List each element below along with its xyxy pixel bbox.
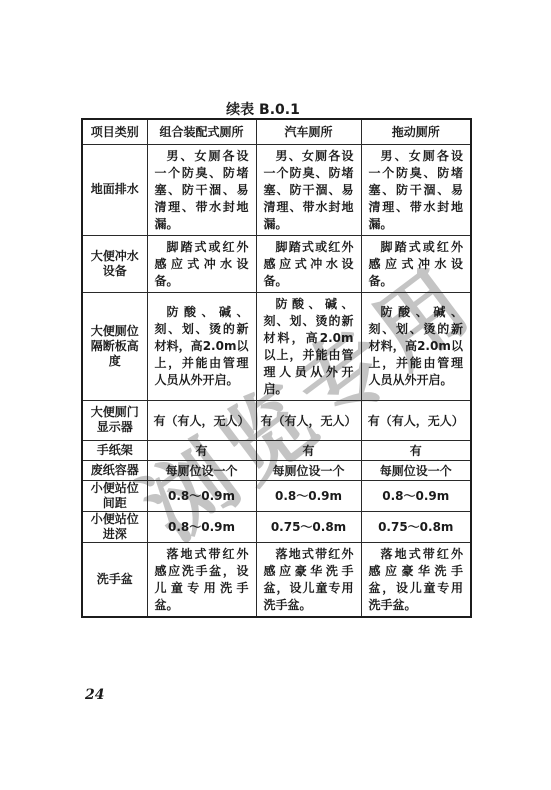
table-row: 手纸架 有 有 有 bbox=[82, 440, 471, 460]
table-cell: 每厕位设一个 bbox=[361, 460, 471, 480]
table-cell: 每厕位设一个 bbox=[256, 460, 361, 480]
table-cell: 落地式带红外感应豪华洗手盆，设儿童专用洗手盆。 bbox=[256, 542, 361, 617]
table-row: 小便站位间距 0.8～0.9m 0.8～0.9m 0.8～0.9m bbox=[82, 480, 471, 511]
table-cell: 0.75～0.8m bbox=[361, 511, 471, 542]
table-cell: 0.8～0.9m bbox=[256, 480, 361, 511]
column-header: 项目类别 bbox=[82, 119, 147, 144]
table-cell: 有 bbox=[361, 440, 471, 460]
table-cell: 防酸、碱、刻、划、烫的新材料，高2.0m以上，并能由管理人员从外开启。 bbox=[361, 292, 471, 400]
table-row: 大便冲水 设备 脚踏式或红外感应式冲水设备。 脚踏式或红外感应式冲水设备。 脚踏… bbox=[82, 235, 471, 292]
table-cell: 脚踏式或红外感应式冲水设备。 bbox=[147, 235, 256, 292]
row-label: 大便冲水 设备 bbox=[82, 235, 147, 292]
table-cell: 防酸、碱、刻、划、烫的新材料，高2.0m以上，并能由管理人员从外开启。 bbox=[256, 292, 361, 400]
row-label: 废纸容器 bbox=[82, 460, 147, 480]
table-cell: 有 bbox=[256, 440, 361, 460]
table-cell: 有（有人，无人） bbox=[147, 400, 256, 440]
table-cell: 0.8～0.9m bbox=[361, 480, 471, 511]
table-cell: 男、女厕各设一个防臭、防堵塞、防干涸、易清理、带水封地漏。 bbox=[361, 144, 471, 235]
table-title: 续表 B.0.1 bbox=[81, 99, 445, 119]
row-label: 小便站位间距 bbox=[82, 480, 147, 511]
table-cell: 男、女厕各设一个防臭、防堵塞、防干涸、易清理、带水封地漏。 bbox=[256, 144, 361, 235]
table-cell: 脚踏式或红外感应式冲水设备。 bbox=[361, 235, 471, 292]
column-header: 拖动厕所 bbox=[361, 119, 471, 144]
row-label: 地面排水 bbox=[82, 144, 147, 235]
table-cell: 防酸、碱、刻、划、烫的新材料，高2.0m以上，并能由管理人员从外开启。 bbox=[147, 292, 256, 400]
column-header: 组合装配式厕所 bbox=[147, 119, 256, 144]
table-row: 废纸容器 每厕位设一个 每厕位设一个 每厕位设一个 bbox=[82, 460, 471, 480]
table-row: 地面排水 男、女厕各设一个防臭、防堵塞、防干涸、易清理、带水封地漏。 男、女厕各… bbox=[82, 144, 471, 235]
document-page: 浏览专用 续表 B.0.1 项目类别 组合装配式厕所 汽车厕所 拖动厕所 地面排… bbox=[0, 0, 551, 790]
row-label: 大便厕门 显示器 bbox=[82, 400, 147, 440]
row-label: 手纸架 bbox=[82, 440, 147, 460]
row-label: 小便站位进深 bbox=[82, 511, 147, 542]
column-header: 汽车厕所 bbox=[256, 119, 361, 144]
row-label: 大便厕位 隔断板高度 bbox=[82, 292, 147, 400]
table-cell: 落地式带红外感应豪华洗手盆，设儿童专用洗手盆。 bbox=[361, 542, 471, 617]
table-cell: 0.8～0.9m bbox=[147, 480, 256, 511]
table-row: 大便厕位 隔断板高度 防酸、碱、刻、划、烫的新材料，高2.0m以上，并能由管理人… bbox=[82, 292, 471, 400]
table-cell: 脚踏式或红外感应式冲水设备。 bbox=[256, 235, 361, 292]
table-cell: 有（有人，无人） bbox=[361, 400, 471, 440]
table-row: 大便厕门 显示器 有（有人，无人） 有（有人，无人） 有（有人，无人） bbox=[82, 400, 471, 440]
table-row: 小便站位进深 0.8～0.9m 0.75～0.8m 0.75～0.8m bbox=[82, 511, 471, 542]
table-cell: 每厕位设一个 bbox=[147, 460, 256, 480]
table-cell: 有 bbox=[147, 440, 256, 460]
table-cell: 男、女厕各设一个防臭、防堵塞、防干涸、易清理、带水封地漏。 bbox=[147, 144, 256, 235]
row-label: 洗手盆 bbox=[82, 542, 147, 617]
table-cell: 有（有人，无人） bbox=[256, 400, 361, 440]
page-number: 24 bbox=[85, 687, 104, 703]
spec-table: 项目类别 组合装配式厕所 汽车厕所 拖动厕所 地面排水 男、女厕各设一个防臭、防… bbox=[81, 118, 472, 618]
table-cell: 0.8～0.9m bbox=[147, 511, 256, 542]
table-cell: 落地式带红外感应洗手盆，设儿童专用洗手盆。 bbox=[147, 542, 256, 617]
table-row: 洗手盆 落地式带红外感应洗手盆，设儿童专用洗手盆。 落地式带红外感应豪华洗手盆，… bbox=[82, 542, 471, 617]
table-header-row: 项目类别 组合装配式厕所 汽车厕所 拖动厕所 bbox=[82, 119, 471, 144]
table-cell: 0.75～0.8m bbox=[256, 511, 361, 542]
